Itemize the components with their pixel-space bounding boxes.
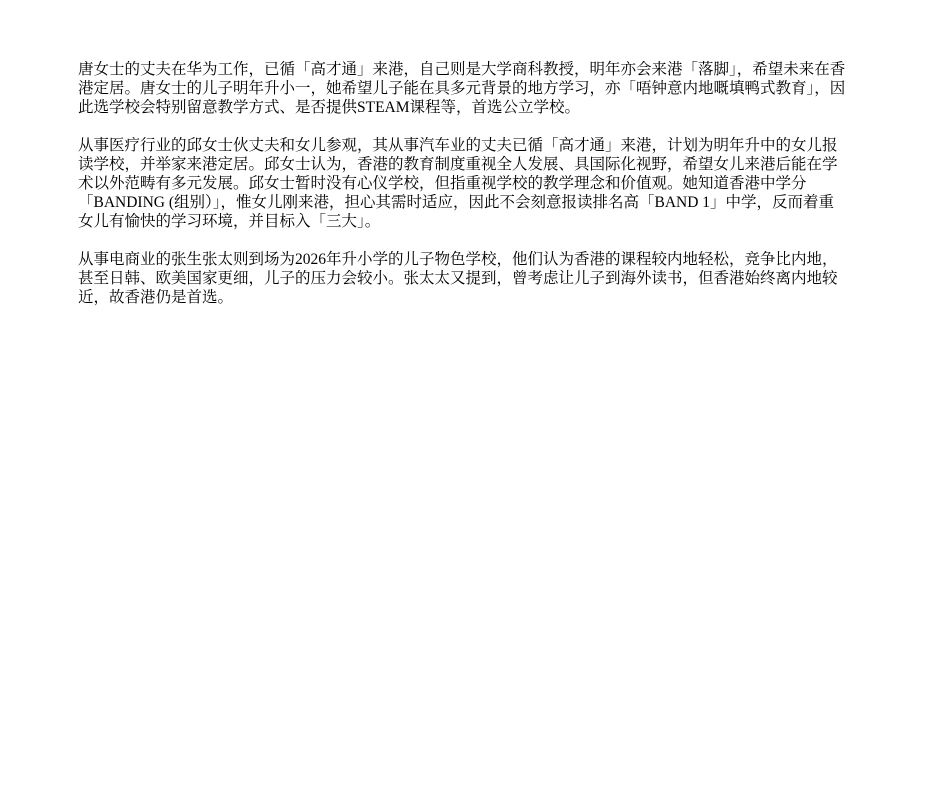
text-line: 读学校，并举家来港定居。邱女士认为，香港的教育制度重视全人发展、具国际化视野，希… (78, 155, 894, 174)
text-line: 唐女士的丈夫在华为工作，已循「高才通」来港，自己则是大学商科教授，明年亦会来港「… (78, 60, 894, 79)
text-line: 从事电商业的张生张太则到场为2026年升小学的儿子物色学校，他们认为香港的课程较… (78, 250, 894, 269)
text-line: 甚至日韩、欧美国家更细，儿子的压力会较小。张太太又提到，曾考虑让儿子到海外读书，… (78, 269, 894, 288)
text-line: 从事医疗行业的邱女士伙丈夫和女儿参观，其从事汽车业的丈夫已循「高才通」来港，计划… (78, 136, 894, 155)
paragraph-qiu-family: 从事医疗行业的邱女士伙丈夫和女儿参观，其从事汽车业的丈夫已循「高才通」来港，计划… (78, 136, 894, 231)
text-line: 术以外范畴有多元发展。邱女士暂时没有心仪学校，但指重视学校的教学理念和价值观。她… (78, 174, 894, 193)
text-line: 此选学校会特别留意教学方式、是否提供STEAM课程等，首选公立学校。 (78, 98, 894, 117)
paragraph-tang-family: 唐女士的丈夫在华为工作，已循「高才通」来港，自己则是大学商科教授，明年亦会来港「… (78, 60, 894, 117)
text-line: 港定居。唐女士的儿子明年升小一，她希望儿子能在具多元背景的地方学习，亦「唔钟意内… (78, 79, 894, 98)
paragraph-zhang-family: 从事电商业的张生张太则到场为2026年升小学的儿子物色学校，他们认为香港的课程较… (78, 250, 894, 307)
text-line: 女儿有愉快的学习环境，并目标入「三大」。 (78, 212, 894, 231)
text-line: 近，故香港仍是首选。 (78, 288, 894, 307)
text-line: 「BANDING (组别）」，惟女儿刚来港，担心其需时适应，因此不会刻意报读排名… (78, 193, 894, 212)
text-block: 唐女士的丈夫在华为工作，已循「高才通」来港，自己则是大学商科教授，明年亦会来港「… (78, 60, 894, 307)
